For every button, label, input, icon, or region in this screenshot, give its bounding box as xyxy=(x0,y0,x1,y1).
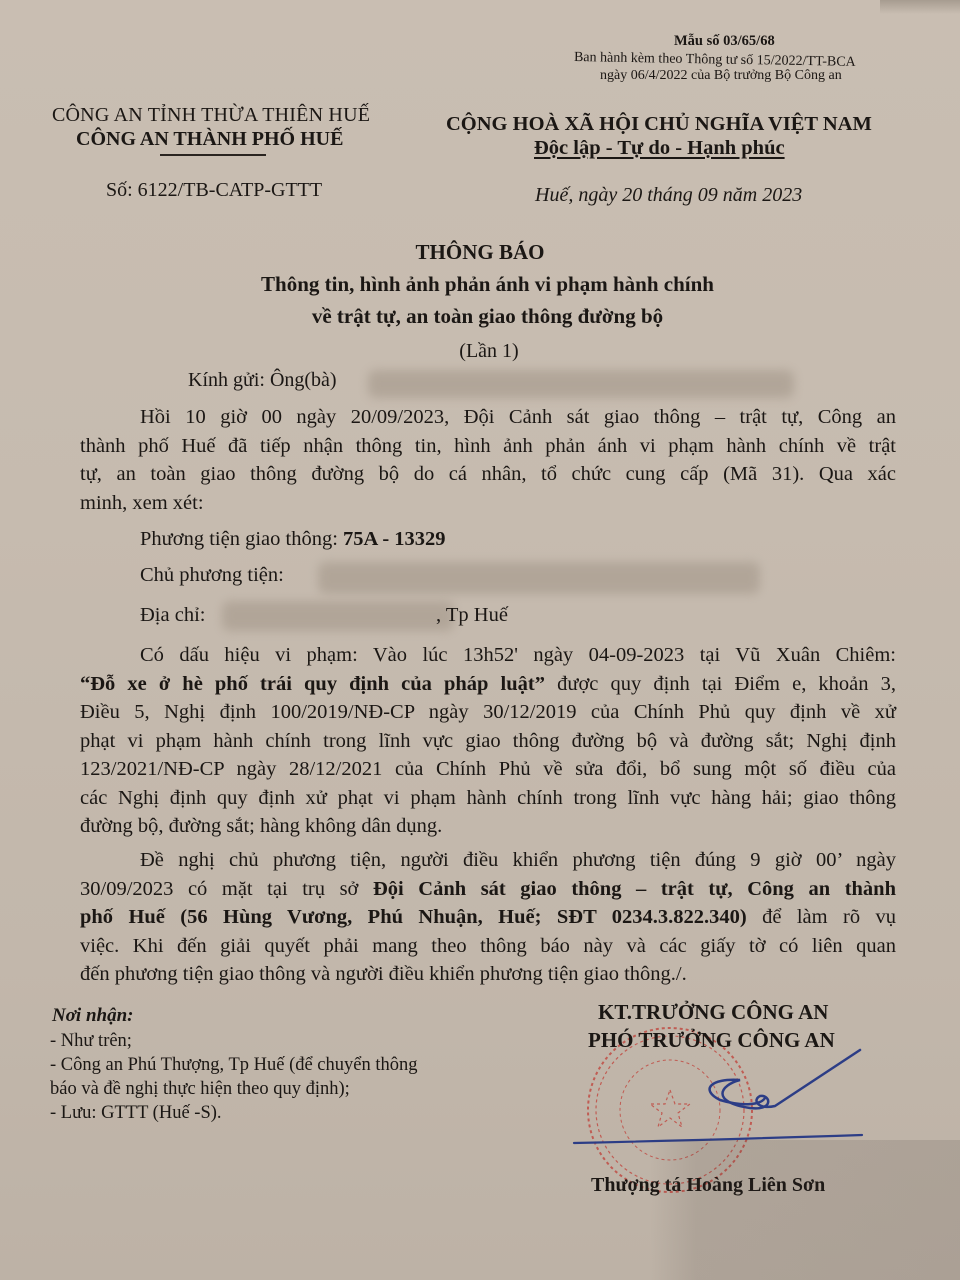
intro-line: thành phố Huế đã tiếp nhận thông tin, hì… xyxy=(80,432,896,461)
vehicle-plate-value: 75A - 13329 xyxy=(343,528,446,550)
document-number: Số: 6122/TB-CATP-GTTT xyxy=(106,179,322,202)
agency-underline xyxy=(160,154,266,156)
place-date: Huế, ngày 20 tháng 09 năm 2023 xyxy=(535,184,802,207)
greeting-label: Kính gửi: Ông(bà) xyxy=(188,369,337,392)
intro-paragraph: Hồi 10 giờ 00 ngày 20/09/2023, Đội Cảnh … xyxy=(80,403,896,517)
document-subtitle-line1: Thông tin, hình ảnh phản ánh vi phạm hàn… xyxy=(0,272,960,297)
violation-paragraph: Có dấu hiệu vi phạm: Vào lúc 13h52' ngày… xyxy=(80,641,896,841)
address-suffix: , Tp Huế xyxy=(436,604,508,627)
violation-description: “Đỗ xe ở hè phố trái quy định của pháp l… xyxy=(80,673,545,695)
address-field: Địa chỉ: xyxy=(140,604,205,627)
signature-icon xyxy=(574,1050,862,1143)
recipient-item: báo và đề nghị thực hiện theo quy định); xyxy=(50,1079,350,1100)
violation-line: “Đỗ xe ở hè phố trái quy định của pháp l… xyxy=(80,670,896,699)
request-line: Đề nghị chủ phương tiện, người điều khiể… xyxy=(80,846,896,875)
request-line: việc. Khi đến giải quyết phải mang theo … xyxy=(80,932,896,961)
vehicle-owner-field: Chủ phương tiện: xyxy=(140,564,284,587)
request-line: đến phương tiện giao thông và người điều… xyxy=(80,960,896,989)
agency-name: CÔNG AN THÀNH PHỐ HUẾ xyxy=(76,128,343,151)
intro-line: tự, an toàn giao thông đường bộ do cá nh… xyxy=(80,460,896,489)
request-line: phố Huế (56 Hùng Vương, Phú Nhuận, Huế; … xyxy=(80,903,896,932)
recipient-item: - Công an Phú Thượng, Tp Huế (để chuyển … xyxy=(50,1055,418,1076)
redacted-owner xyxy=(318,562,760,594)
national-motto: Độc lập - Tự do - Hạnh phúc xyxy=(534,137,785,160)
document-title: THÔNG BÁO xyxy=(0,240,960,265)
violation-line: 123/2021/NĐ-CP ngày 28/12/2021 của Chính… xyxy=(80,755,896,784)
vehicle-plate-label: Phương tiện giao thông: xyxy=(140,528,343,550)
intro-line: minh, xem xét: xyxy=(80,489,896,518)
shadow xyxy=(650,1140,960,1280)
recipient-item: - Lưu: GTTT (Huế -S). xyxy=(50,1103,222,1124)
violation-line: Điều 5, Nghị định 100/2019/NĐ-CP ngày 30… xyxy=(80,698,896,727)
redacted-address xyxy=(222,601,454,631)
violation-line: đường bộ, đường sắt; hàng không dân dụng… xyxy=(80,812,896,841)
redacted-recipient xyxy=(368,370,794,398)
signature-on-behalf: KT.TRƯỞNG CÔNG AN xyxy=(598,1000,828,1025)
office-name: Đội Cảnh sát giao thông – trật tự, Công … xyxy=(373,878,896,900)
national-title: CỘNG HOÀ XÃ HỘI CHỦ NGHĨA VIỆT NAM xyxy=(446,113,872,136)
violation-line: phạt vi phạm hành chính trong lĩnh vực g… xyxy=(80,727,896,756)
parent-agency: CÔNG AN TỈNH THỪA THIÊN HUẾ xyxy=(52,104,370,127)
vehicle-owner-label: Chủ phương tiện: xyxy=(140,564,284,586)
recipients-title: Nơi nhận: xyxy=(52,1005,133,1027)
violation-line: các Nghị định quy định xử phạt vi phạm h… xyxy=(80,784,896,813)
recipient-item: - Như trên; xyxy=(50,1031,132,1052)
request-paragraph: Đề nghị chủ phương tiện, người điều khiể… xyxy=(80,846,896,989)
intro-line: Hồi 10 giờ 00 ngày 20/09/2023, Đội Cảnh … xyxy=(80,403,896,432)
document-subtitle-line2: về trật tự, an toàn giao thông đường bộ xyxy=(0,304,960,329)
paper-edge xyxy=(880,0,960,14)
form-number: Mẫu số 03/65/68 xyxy=(674,33,775,50)
form-issued-date: ngày 06/4/2022 của Bộ trưởng Bộ Công an xyxy=(600,68,842,84)
office-address: phố Huế (56 Hùng Vương, Phú Nhuận, Huế; … xyxy=(80,906,747,928)
address-label: Địa chỉ: xyxy=(140,604,205,626)
signature-position: PHÓ TRƯỞNG CÔNG AN xyxy=(588,1028,835,1053)
violation-line: Có dấu hiệu vi phạm: Vào lúc 13h52' ngày… xyxy=(80,641,896,670)
vehicle-plate-field: Phương tiện giao thông: 75A - 13329 xyxy=(140,528,446,551)
signer-name: Thượng tá Hoàng Liên Sơn xyxy=(591,1174,825,1197)
request-line: 30/09/2023 có mặt tại trụ sở Đội Cảnh sá… xyxy=(80,875,896,904)
attempt-number: (Lần 1) xyxy=(0,340,960,363)
